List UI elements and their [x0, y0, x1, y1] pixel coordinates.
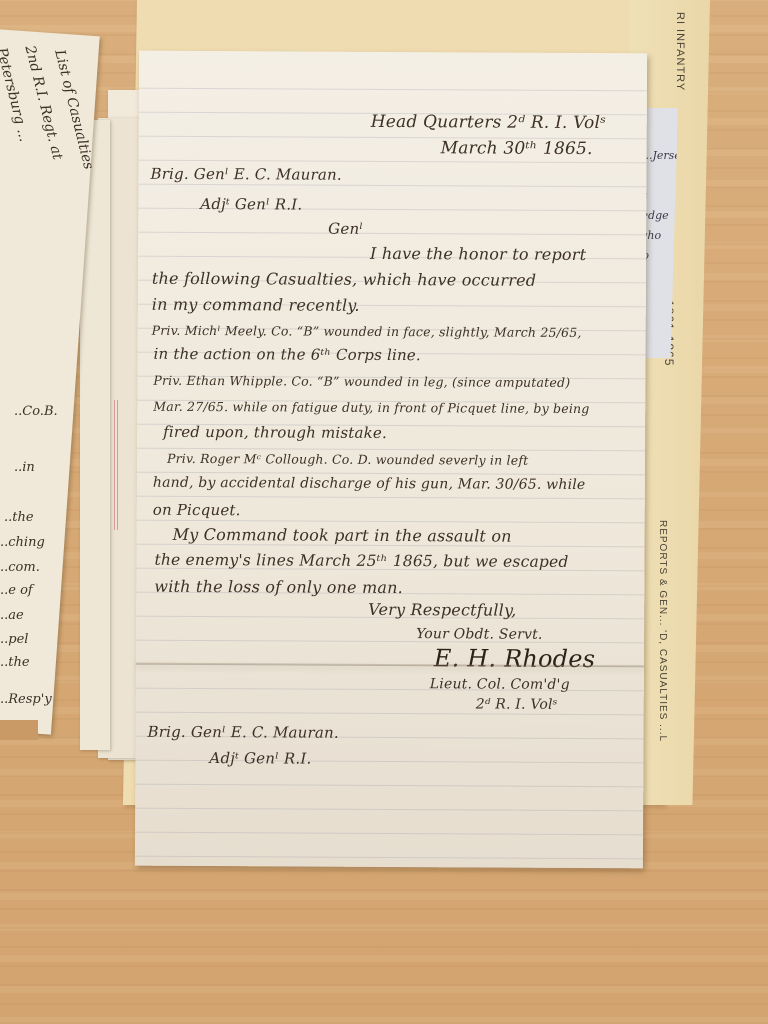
casualty-entry: Priv. Roger Mᶜ Collough. Co. D. wounded … [167, 451, 528, 468]
body-line: My Command took part in the assault on [173, 525, 512, 546]
left-sheet-fragments: ..Co.B. ..in ..the ..ching ..com. ..e of… [0, 380, 60, 740]
folder-label-reports: REPORTS & GEN... 'D, CASUALTIES ...L [657, 520, 668, 742]
docket-title: Adjᵗ Genˡ R.I. [209, 749, 311, 768]
casualty-entry: in the action on the 6ᵗʰ Corps line. [154, 345, 421, 364]
body-line: in my command recently. [152, 295, 360, 315]
casualty-entry: hand, by accidental discharge of his gun… [153, 475, 586, 493]
casualty-entry: Mar. 27/65. while on fatigue duty, in fr… [153, 399, 589, 416]
body-line: with the loss of only one man. [154, 577, 403, 597]
docket-addressee: Brig. Genˡ E. C. Mauran. [148, 723, 339, 742]
red-margin-line [117, 400, 118, 530]
salutation: Genˡ [328, 220, 363, 238]
signature-unit: 2ᵈ R. I. Volˢ [476, 696, 558, 712]
red-margin-line [114, 400, 115, 530]
body-line: the following Casualties, which have occ… [152, 269, 536, 290]
casualty-entry: Priv. Michˡ Meely. Co. “B” wounded in fa… [152, 323, 582, 340]
fragment: ..in [14, 460, 35, 475]
letter-sheet: Head Quarters 2ᵈ R. I. Volˢ March 30ᵗʰ 1… [135, 51, 647, 869]
fragment: ..ae [0, 608, 24, 623]
folder-label-ri-infantry: RI INFANTRY [674, 12, 686, 91]
addressee-name: Brig. Genˡ E. C. Mauran. [150, 165, 341, 184]
fragment: ..Co.B. [14, 404, 58, 419]
letter-header-date: March 30ᵗʰ 1865. [441, 138, 593, 159]
fragment: ..the [4, 510, 34, 525]
casualty-entry: fired upon, through mistake. [163, 423, 387, 442]
fragment: ..pel [0, 632, 28, 647]
casualty-entry: Priv. Ethan Whipple. Co. “B” wounded in … [153, 373, 570, 390]
addressee-title: Adjᵗ Genˡ R.I. [200, 195, 302, 214]
letter-header-location: Head Quarters 2ᵈ R. I. Volˢ [371, 112, 606, 133]
fragment: ..Resp'y [0, 692, 52, 707]
fragment: ..e of [0, 583, 33, 598]
fragment: ..the [0, 655, 30, 670]
signature: E. H. Rhodes [434, 644, 595, 673]
closing-servant: Your Obdt. Servt. [416, 626, 543, 643]
body-line: I have the honor to report [370, 244, 586, 264]
fragment: ..ching [0, 535, 45, 550]
sheet-edge [0, 720, 38, 740]
closing-line: Very Respectfully, [368, 600, 516, 620]
casualty-entry: on Picquet. [153, 501, 241, 519]
fragment: ..com. [0, 560, 40, 575]
signature-rank: Lieut. Col. Com'd'g [430, 676, 570, 693]
body-line: the enemy's lines March 25ᵗʰ 1865, but w… [154, 551, 568, 571]
